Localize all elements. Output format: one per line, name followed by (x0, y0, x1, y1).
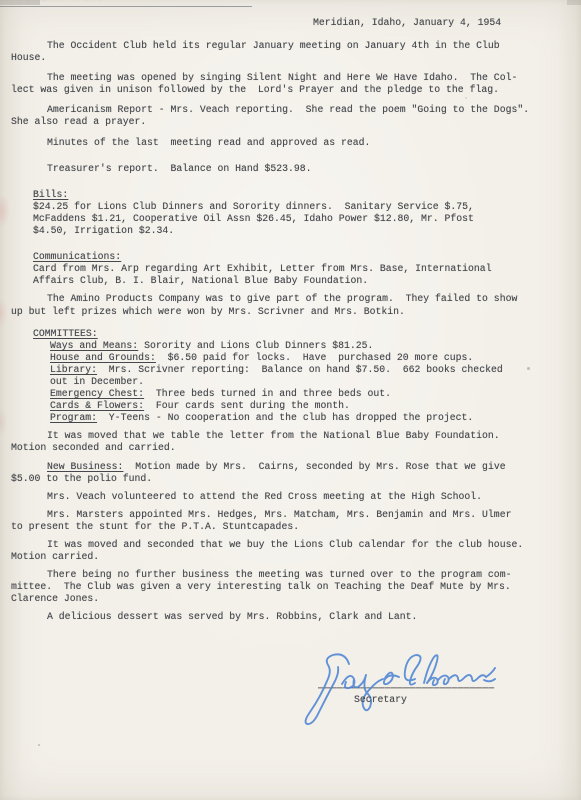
committee-label: Program: (50, 412, 97, 423)
scan-speck (38, 744, 40, 746)
committee-text: Mrs. Scrivner reporting: Balance on hand… (97, 364, 503, 375)
committee-label: Cards & Flowers: (50, 400, 144, 411)
bills-line: McFaddens $1.21, Cooperative Oil Assn $2… (33, 213, 573, 225)
paragraph-line: to present the stunt for the P.T.A. Stun… (11, 521, 573, 533)
committee-item-wrap: out in December. (50, 376, 573, 388)
paragraph-line: The meeting was opened by singing Silent… (47, 72, 573, 84)
section-heading-committees: COMMITTEES: (33, 328, 573, 340)
committee-item: Cards & Flowers: Four cards sent during … (50, 400, 573, 412)
committee-item: Ways and Means: Sorority and Lions Club … (50, 340, 573, 352)
committee-label: House and Grounds: (50, 352, 156, 363)
scan-smudge (0, 298, 8, 328)
committee-item: House and Grounds: $6.50 paid for locks.… (50, 352, 573, 364)
paragraph-line: She also read a prayer. (11, 116, 573, 128)
communications-line: Card from Mrs. Arp regarding Art Exhibit… (33, 263, 573, 275)
committee-text: Three beds turned in and three beds out. (144, 388, 391, 399)
new-business-label: New Business: (47, 461, 123, 472)
paragraph-line: The Amino Products Company was to give p… (47, 293, 573, 305)
communications-line: Affairs Club, B. I. Blair, National Blue… (33, 275, 573, 287)
heading-label: Communications: (33, 251, 121, 262)
committee-label: Ways and Means: (50, 340, 138, 351)
paragraph-line: Clarence Jones. (11, 593, 573, 605)
signature-handwriting (297, 648, 497, 728)
heading-label: COMMITTEES: (33, 328, 98, 339)
signature-strokes (306, 654, 495, 724)
signature-block: _____________________________ Secretary (297, 648, 497, 728)
paragraph-line: The Occident Club held its regular Janua… (47, 40, 573, 52)
signature-stroke-e (384, 673, 399, 685)
header-underline-rule (0, 6, 252, 7)
signature-title: Secretary (354, 694, 407, 706)
scan-smudge (0, 408, 8, 436)
paragraph-line: Mrs. Veach volunteered to attend the Red… (47, 491, 573, 503)
signature-stroke-ossman (427, 675, 486, 685)
bills-line: $4.50, Irrigation $2.34. (33, 225, 573, 237)
paragraph-line: $5.00 to the polio fund. (11, 473, 573, 485)
committee-text: $6.50 paid for locks. Have purchased 20 … (156, 352, 473, 363)
paragraph-line: Mrs. Marsters appointed Mrs. Hedges, Mrs… (47, 509, 573, 521)
paragraph-line: Treasurer's report. Balance on Hand $523… (47, 163, 573, 175)
paragraph-line: Motion seconded and carried. (11, 442, 573, 454)
committee-item: Library: Mrs. Scrivner reporting: Balanc… (50, 364, 573, 376)
paragraph-line: A delicious dessert was served by Mrs. R… (47, 611, 573, 623)
paragraph-line: mittee. The Club was given a very intere… (11, 581, 573, 593)
club-name-title: OCCIDENT CLUB (0, 0, 107, 5)
paragraph-line: There being no further business the meet… (47, 569, 573, 581)
scan-speck (465, 97, 467, 99)
signature-stroke-j (306, 654, 349, 724)
paragraph-line: It was moved and seconded that we buy th… (47, 539, 573, 551)
heading-label: Bills: (33, 189, 68, 200)
minutes-body: The Occident Club held its regular Janua… (11, 40, 573, 624)
paragraph-line: Motion carried. (11, 551, 573, 563)
committee-label: Emergency Chest: (50, 388, 144, 399)
committee-text: Four cards sent during the month. (144, 400, 350, 411)
new-business-text: Motion made by Mrs. Cairns, seconded by … (123, 461, 505, 472)
committee-text: Y-Teens - No cooperation and the club ha… (97, 412, 473, 423)
paragraph-line: up but left prizes which were won by Mrs… (11, 306, 573, 318)
committee-text: Sorority and Lions Club Dinners $81.25. (138, 340, 373, 351)
paragraph-new-business: New Business: Motion made by Mrs. Cairns… (47, 461, 573, 473)
scan-speck (527, 367, 530, 370)
committee-item: Emergency Chest: Three beds turned in an… (50, 388, 573, 400)
section-heading-communications: Communications: (33, 251, 573, 263)
dateline: Meridian, Idaho, January 4, 1954 (313, 17, 501, 29)
scanned-minutes-page: OCCIDENT CLUB Meridian, Idaho, January 4… (0, 0, 581, 800)
paragraph-line: It was moved that we table the letter fr… (47, 430, 573, 442)
bills-line: $24.25 for Lions Club Dinners and Sorori… (33, 201, 573, 213)
committee-item: Program: Y-Teens - No cooperation and th… (50, 412, 573, 424)
paragraph-line: Americanism Report - Mrs. Veach reportin… (47, 104, 573, 116)
scan-smudge (0, 194, 10, 228)
paragraph-line: Minutes of the last meeting read and app… (47, 137, 573, 149)
signature-stroke-flourish (484, 668, 495, 681)
committee-label: Library: (50, 364, 97, 375)
paragraph-line: House. (11, 52, 573, 64)
paragraph-line: lect was given in unison followed by the… (11, 84, 573, 96)
section-heading-bills: Bills: (33, 189, 573, 201)
signature-stroke-c (405, 655, 421, 685)
